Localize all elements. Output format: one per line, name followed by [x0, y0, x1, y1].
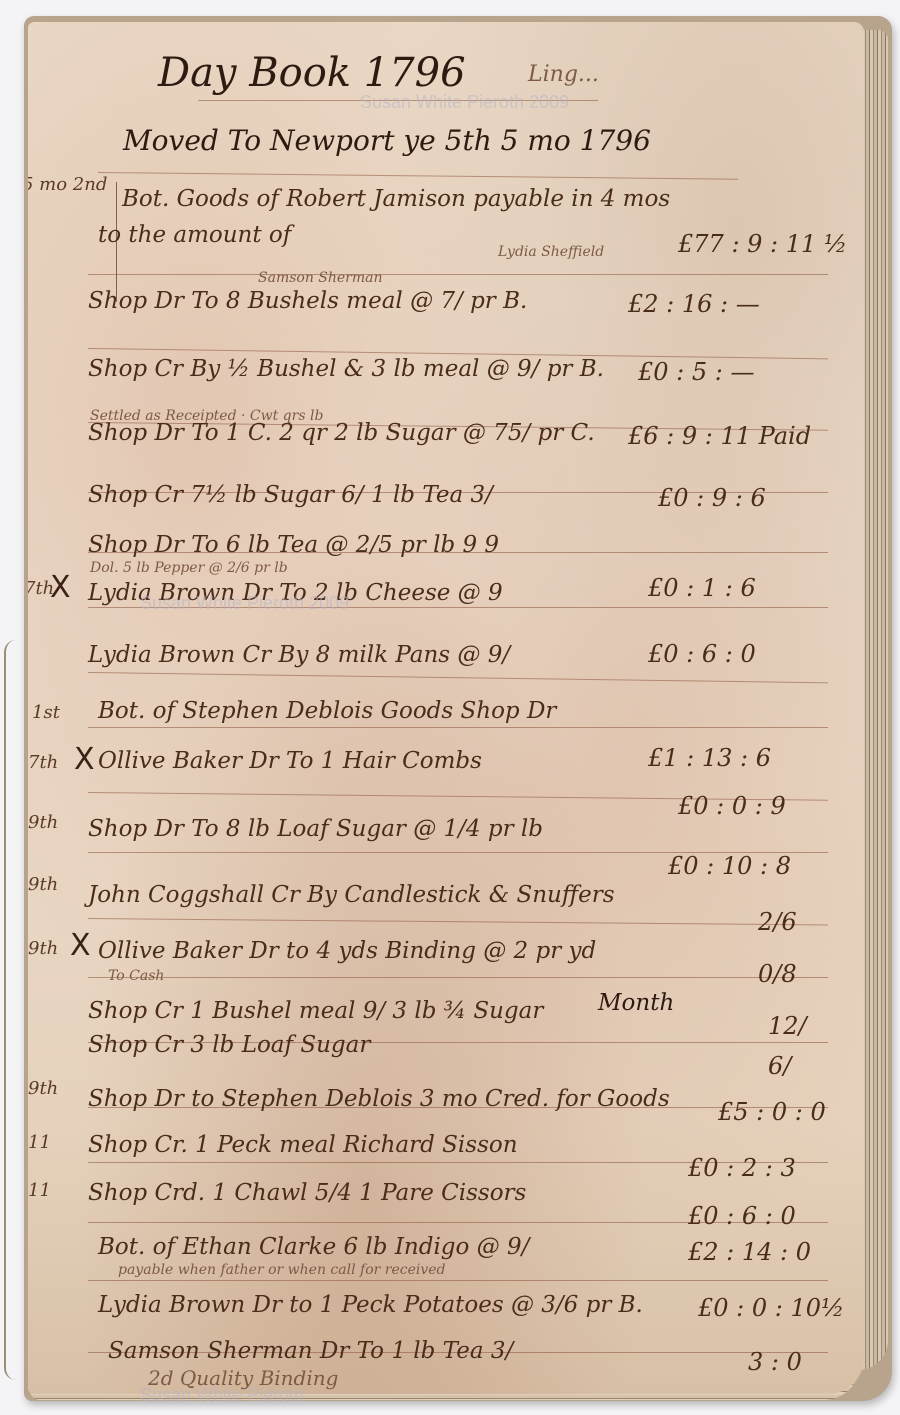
entry-text: Ollive Baker Dr to 4 yds Binding @ 2 pr … [98, 938, 596, 964]
entry-amount: £1 : 13 : 6 [648, 744, 771, 772]
margin-date: 9th [28, 1078, 58, 1099]
margin-date: 9th [28, 812, 58, 833]
entry-text: Bot. Goods of Robert Jamison payable in … [122, 186, 670, 212]
entry-text: Ollive Baker Dr To 1 Hair Combs [98, 748, 482, 774]
entry-text: Lydia Brown Cr By 8 milk Pans @ 9/ [88, 642, 510, 668]
entry-amount: 12/ [768, 1012, 807, 1040]
ruled-line [88, 727, 828, 728]
entry-text: to the amount of [98, 222, 291, 248]
watermark: Susan White Pieroth 2009 [360, 92, 569, 113]
entry-amount: £0 : 6 : 0 [688, 1202, 796, 1230]
tick-mark-icon: X [74, 742, 95, 777]
binding-thread [4, 640, 28, 1380]
entry-amount: £2 : 14 : 0 [688, 1238, 811, 1266]
margin-date: 7th [28, 578, 54, 599]
entry-amount: £0 : 6 : 0 [648, 640, 756, 668]
ruled-line [88, 977, 828, 978]
margin-date: 9th [28, 874, 58, 895]
entry-note: Dol. 5 lb Pepper @ 2/6 pr lb [90, 560, 288, 576]
entry-text: Shop Cr By ½ Bushel & 3 lb meal @ 9/ pr … [88, 356, 604, 382]
ledger-page: Day Book 1796 Ling... Moved To Newport y… [28, 22, 864, 1394]
title-annotation: Ling... [528, 62, 599, 87]
watermark: Susan White Pieroth [140, 1385, 304, 1406]
entry-amount: £77 : 9 : 11 ½ [678, 230, 847, 258]
entry-amount: £0 : 0 : 10½ [698, 1294, 844, 1322]
entry-amount: 2/6 [758, 908, 797, 936]
margin-date: 7th [28, 752, 58, 773]
entry-text: Shop Cr. 1 Peck meal Richard Sisson [88, 1132, 518, 1158]
entry-text: Shop Crd. 1 Chawl 5/4 1 Pare Cissors [88, 1180, 526, 1206]
entry-text: Bot. of Stephen Deblois Goods Shop Dr [98, 698, 556, 724]
tick-mark-icon: X [70, 928, 91, 963]
entry-note: Month [598, 990, 674, 1016]
margin-date: 9th [28, 938, 58, 959]
ruled-line [88, 274, 828, 275]
entry-text: Shop Cr 3 lb Loaf Sugar [88, 1032, 370, 1058]
entry-amount: £2 : 16 : — [628, 290, 760, 318]
margin-date: 5 mo 2nd [28, 174, 107, 195]
watermark: Susan White Pieroth 2009 [140, 593, 349, 614]
entry-amount: 3 : 0 [748, 1348, 802, 1376]
entry-amount: £0 : 9 : 6 [658, 484, 766, 512]
entry-amount: £0 : 5 : — [638, 358, 755, 386]
margin-date: 1st [32, 702, 60, 723]
entry-text: Shop Cr 7½ lb Sugar 6/ 1 lb Tea 3/ [88, 482, 493, 508]
ruled-line [88, 672, 828, 683]
ledger-subtitle: Moved To Newport ye 5th 5 mo 1796 [123, 124, 651, 157]
entry-amount: £0 : 2 : 3 [688, 1154, 796, 1182]
entry-note: To Cash [108, 968, 164, 984]
ruled-line [98, 172, 738, 180]
entry-note: Settled as Receipted · Cwt qrs lb [90, 408, 323, 424]
entry-amount: £0 : 1 : 6 [648, 574, 756, 602]
entry-note: payable when father or when call for rec… [118, 1262, 446, 1278]
entry-text: Samson Sherman Dr To 1 lb Tea 3/ [108, 1338, 513, 1364]
entry-text: Bot. of Ethan Clarke 6 lb Indigo @ 9/ [98, 1234, 529, 1260]
entry-amount: £0 : 0 : 9 [678, 792, 786, 820]
entry-text: Shop Dr to Stephen Deblois 3 mo Cred. fo… [88, 1086, 670, 1112]
entry-text: Lydia Brown Dr to 1 Peck Potatoes @ 3/6 … [98, 1292, 643, 1318]
entry-amount: £0 : 10 : 8 [668, 852, 791, 880]
ruled-line [88, 1280, 828, 1281]
entry-note: Samson Sherman [258, 270, 383, 286]
entry-text: Shop Dr To 8 Bushels meal @ 7/ pr B. [88, 288, 527, 314]
entry-text: John Coggshall Cr By Candlestick & Snuff… [88, 882, 615, 908]
ledger-title: Day Book 1796 [158, 50, 466, 96]
entry-amount: 6/ [768, 1052, 791, 1080]
entry-text: Shop Dr To 8 lb Loaf Sugar @ 1/4 pr lb [88, 816, 543, 842]
entry-text: Shop Cr 1 Bushel meal 9/ 3 lb ¾ Sugar [88, 998, 543, 1024]
entry-amount: £6 : 9 : 11 Paid [628, 422, 811, 450]
margin-date: 11 [28, 1132, 51, 1153]
entry-amount: £5 : 0 : 0 [718, 1098, 826, 1126]
entry-amount: 0/8 [758, 960, 797, 988]
entry-text: Shop Dr To 6 lb Tea @ 2/5 pr lb 9 9 [88, 532, 499, 558]
entry-note: Lydia Sheffield [498, 244, 604, 260]
margin-date: 11 [28, 1180, 51, 1201]
ruled-line [88, 918, 828, 925]
